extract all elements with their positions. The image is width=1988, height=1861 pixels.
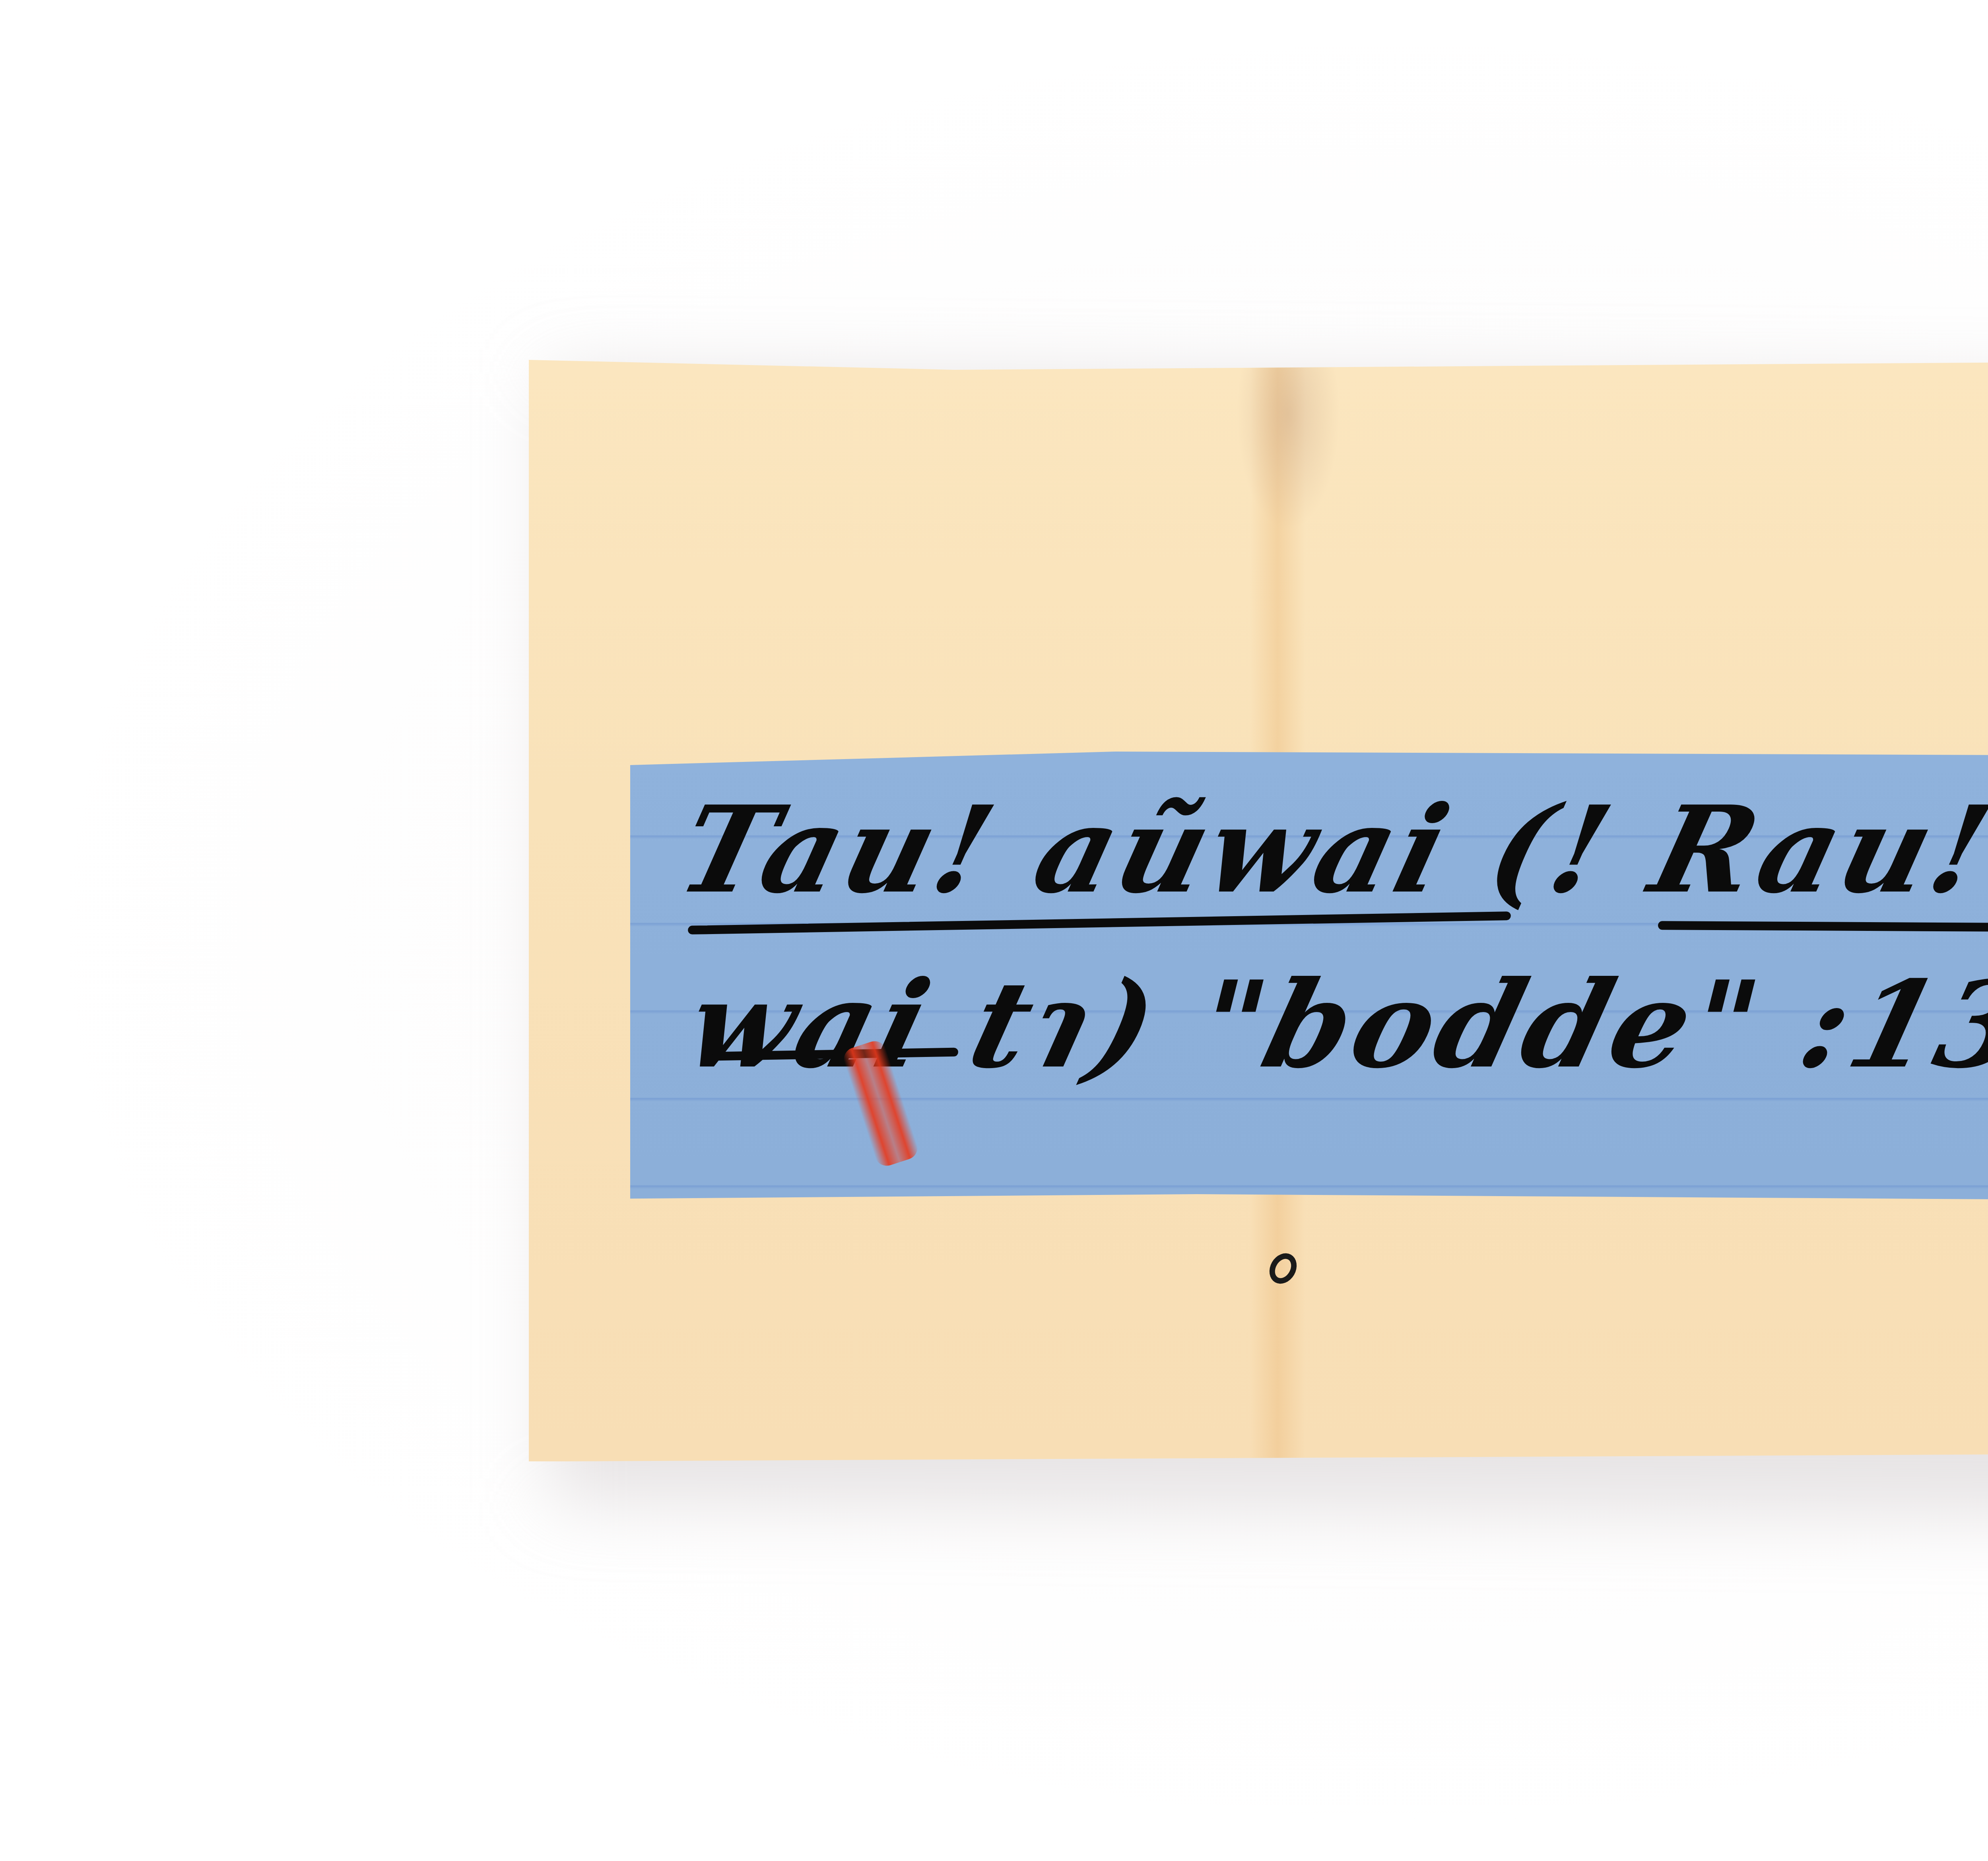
paper-stain [1237, 364, 1340, 531]
handwritten-line-1: Tau! aũwai (! Rau! Rau [666, 779, 1988, 920]
